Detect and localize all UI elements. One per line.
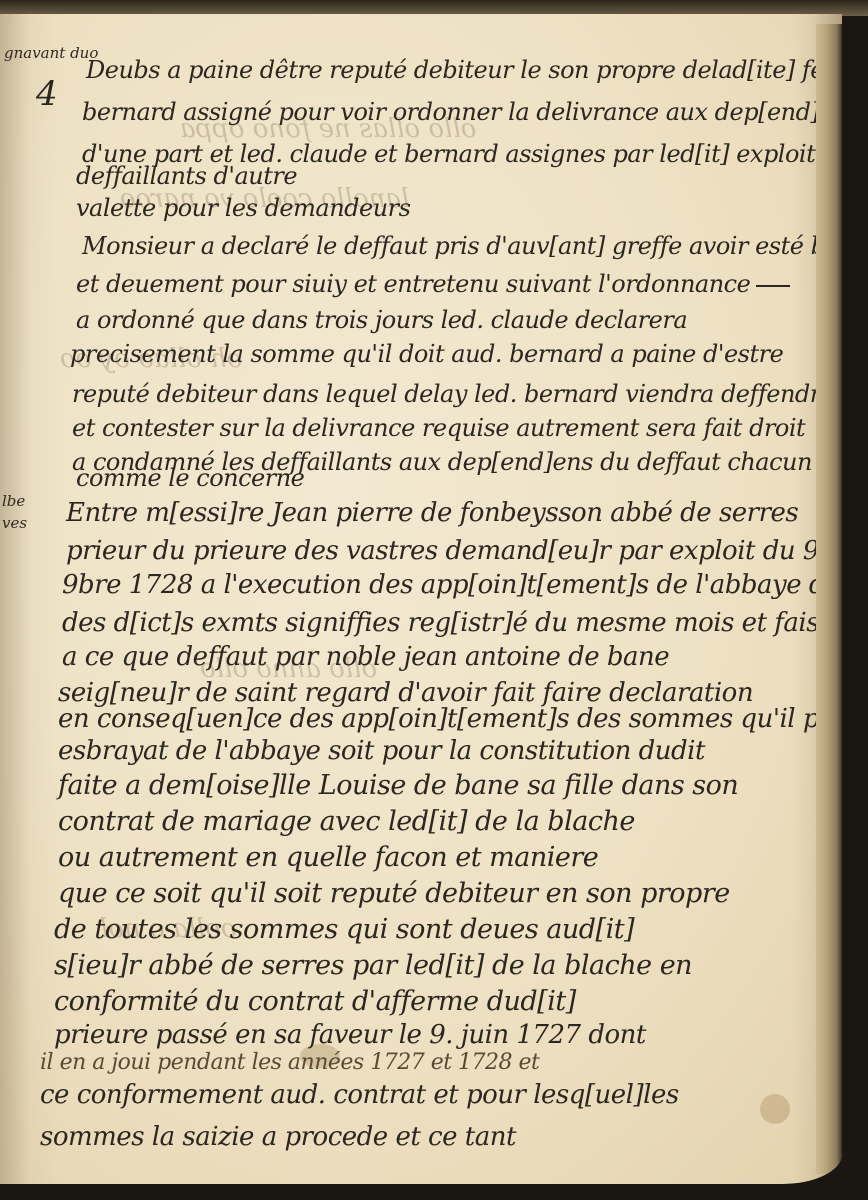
- entry-number: 4: [36, 74, 58, 114]
- manuscript-line: deffaillants d'autre: [76, 162, 297, 190]
- margin-note: gnavant duo: [4, 44, 98, 62]
- margin-note: lbe: [2, 492, 25, 510]
- manuscript-line: faite a dem[oise]lle Louise de bane sa f…: [58, 770, 738, 801]
- manuscript-line: ce conformement aud. contrat et pour les…: [40, 1080, 679, 1110]
- manuscript-line: a ce que deffaut par noble jean antoine …: [62, 642, 669, 672]
- manuscript-page: ollo ollas ne fono oppa lanollo coolo vo…: [0, 14, 842, 1184]
- manuscript-line: a ordonné que dans trois jours led. clau…: [76, 306, 687, 334]
- manuscript-line: conformité du contrat d'afferme dud[it]: [54, 986, 576, 1017]
- manuscript-line: et contester sur la delivrance requise a…: [72, 414, 805, 442]
- manuscript-line: bernard assigné pour voir ordonner la de…: [82, 98, 842, 126]
- manuscript-line: 9bre 1728 a l'execution des app[oin]t[em…: [62, 570, 842, 600]
- manuscript-line: Deubs a paine dêtre reputé debiteur le s…: [86, 56, 842, 84]
- book-page-edges: [816, 24, 842, 1174]
- manuscript-line: sommes la saizie a procede et ce tant: [40, 1122, 516, 1152]
- margin-note: ves: [2, 514, 27, 532]
- manuscript-line: reputé debiteur dans lequel delay led. b…: [72, 380, 834, 408]
- manuscript-line: que ce soit qu'il soit reputé debiteur e…: [58, 878, 730, 909]
- manuscript-line: prieure passé en sa faveur le 9. juin 17…: [54, 1020, 646, 1050]
- manuscript-line: et deuement pour siuiy et entretenu suiv…: [76, 270, 790, 298]
- manuscript-line-faint: il en a joui pendant les années 1727 et …: [40, 1050, 539, 1075]
- manuscript-line: s[ieu]r abbé de serres par led[it] de la…: [54, 950, 692, 981]
- manuscript-line: Entre m[essi]re Jean pierre de fonbeysso…: [66, 498, 798, 528]
- manuscript-line: de toutes les sommes qui sont deues aud[…: [54, 914, 634, 945]
- manuscript-line: precisement la somme qu'il doit aud. ber…: [70, 340, 783, 368]
- manuscript-line: comme le concerne: [76, 464, 304, 492]
- manuscript-line: contrat de mariage avec led[it] de la bl…: [58, 806, 635, 837]
- manuscript-line: prieur du prieure des vastres demand[eu]…: [66, 536, 842, 566]
- ink-stain: [760, 1094, 790, 1124]
- manuscript-line: Monsieur a declaré le deffaut pris d'auv…: [82, 232, 842, 260]
- manuscript-line: valette pour les demandeurs: [76, 194, 410, 222]
- manuscript-line: esbrayat de l'abbaye soit pour la consti…: [58, 736, 705, 766]
- manuscript-line: ou autrement en quelle facon et maniere: [58, 842, 598, 873]
- manuscript-line: en conseq[uen]ce des app[oin]t[ement]s d…: [58, 704, 842, 734]
- manuscript-line: des d[ict]s exmts signiffies reg[istr]é …: [62, 608, 842, 638]
